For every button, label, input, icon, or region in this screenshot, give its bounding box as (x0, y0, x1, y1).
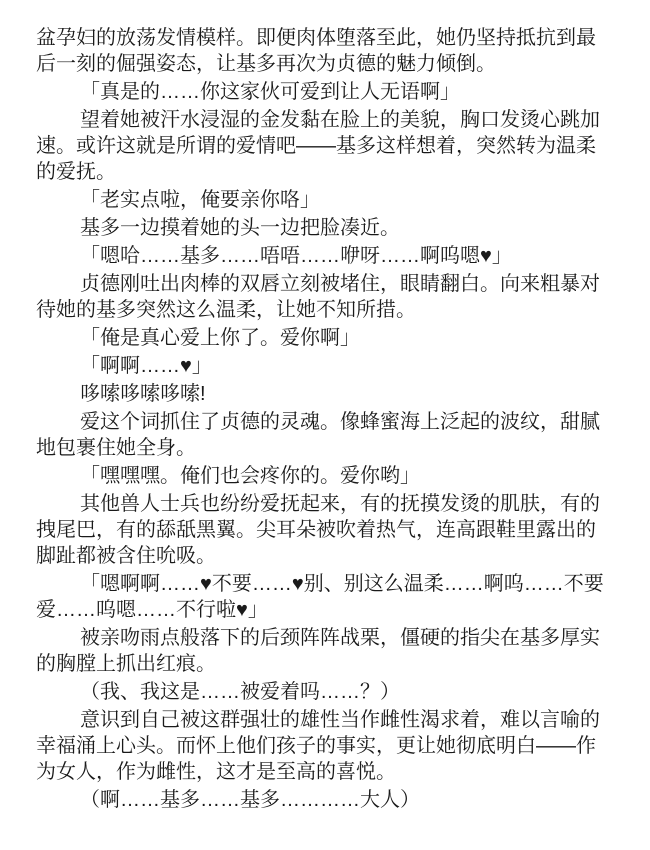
paragraph: 盆孕妇的放荡发情模样。即便肉体堕落至此，她仍坚持抵抗到最后一刻的倔强姿态，让基多… (36, 25, 606, 77)
paragraph: 「嗯啊啊……♥不要……♥别、别这么温柔……啊呜……不要爱……呜嗯……不行啦♥」 (36, 571, 606, 623)
paragraph: 其他兽人士兵也纷纷爱抚起来，有的抚摸发烫的肌肤，有的拽尾巴，有的舔舐黑翼。尖耳朵… (36, 491, 606, 569)
text-page: 盆孕妇的放荡发情模样。即便肉体堕落至此，她仍坚持抵抗到最后一刻的倔强姿态，让基多… (0, 0, 650, 850)
paragraph: 「老实点啦，俺要亲你咯」 (36, 187, 606, 213)
paragraph: 「真是的……你这家伙可爱到让人无语啊」 (36, 79, 606, 105)
paragraph: 「啊啊……♥」 (36, 353, 606, 379)
paragraph-container: 盆孕妇的放荡发情模样。即便肉体堕落至此，她仍坚持抵抗到最后一刻的倔强姿态，让基多… (36, 25, 606, 813)
paragraph: 「嗯哈……基多……唔唔……咿呀……啊呜嗯♥」 (36, 243, 606, 269)
paragraph: 望着她被汗水浸湿的金发黏在脸上的美貌，胸口发烫心跳加速。或许这就是所谓的爱情吧—… (36, 107, 606, 185)
paragraph: （啊……基多……基多…………大人） (36, 787, 606, 813)
paragraph: 被亲吻雨点般落下的后颈阵阵战栗，僵硬的指尖在基多厚实的胸膛上抓出红痕。 (36, 625, 606, 677)
paragraph: 「俺是真心爱上你了。爱你啊」 (36, 325, 606, 351)
paragraph: 意识到自己被这群强壮的雄性当作雌性渴求着，难以言喻的幸福涌上心头。而怀上他们孩子… (36, 707, 606, 785)
paragraph: 爱这个词抓住了贞德的灵魂。像蜂蜜海上泛起的波纹，甜腻地包裹住她全身。 (36, 409, 606, 461)
paragraph: 基多一边摸着她的头一边把脸凑近。 (36, 215, 606, 241)
paragraph: 贞德刚吐出肉棒的双唇立刻被堵住，眼睛翻白。向来粗暴对待她的基多突然这么温柔，让她… (36, 271, 606, 323)
paragraph: （我、我这是……被爱着吗……？） (36, 679, 606, 705)
paragraph: 哆嗦哆嗦哆嗦! (36, 381, 606, 407)
paragraph: 「嘿嘿嘿。俺们也会疼你的。爱你哟」 (36, 463, 606, 489)
document-viewer: { "page": { "background_color": "#ffffff… (0, 0, 650, 850)
